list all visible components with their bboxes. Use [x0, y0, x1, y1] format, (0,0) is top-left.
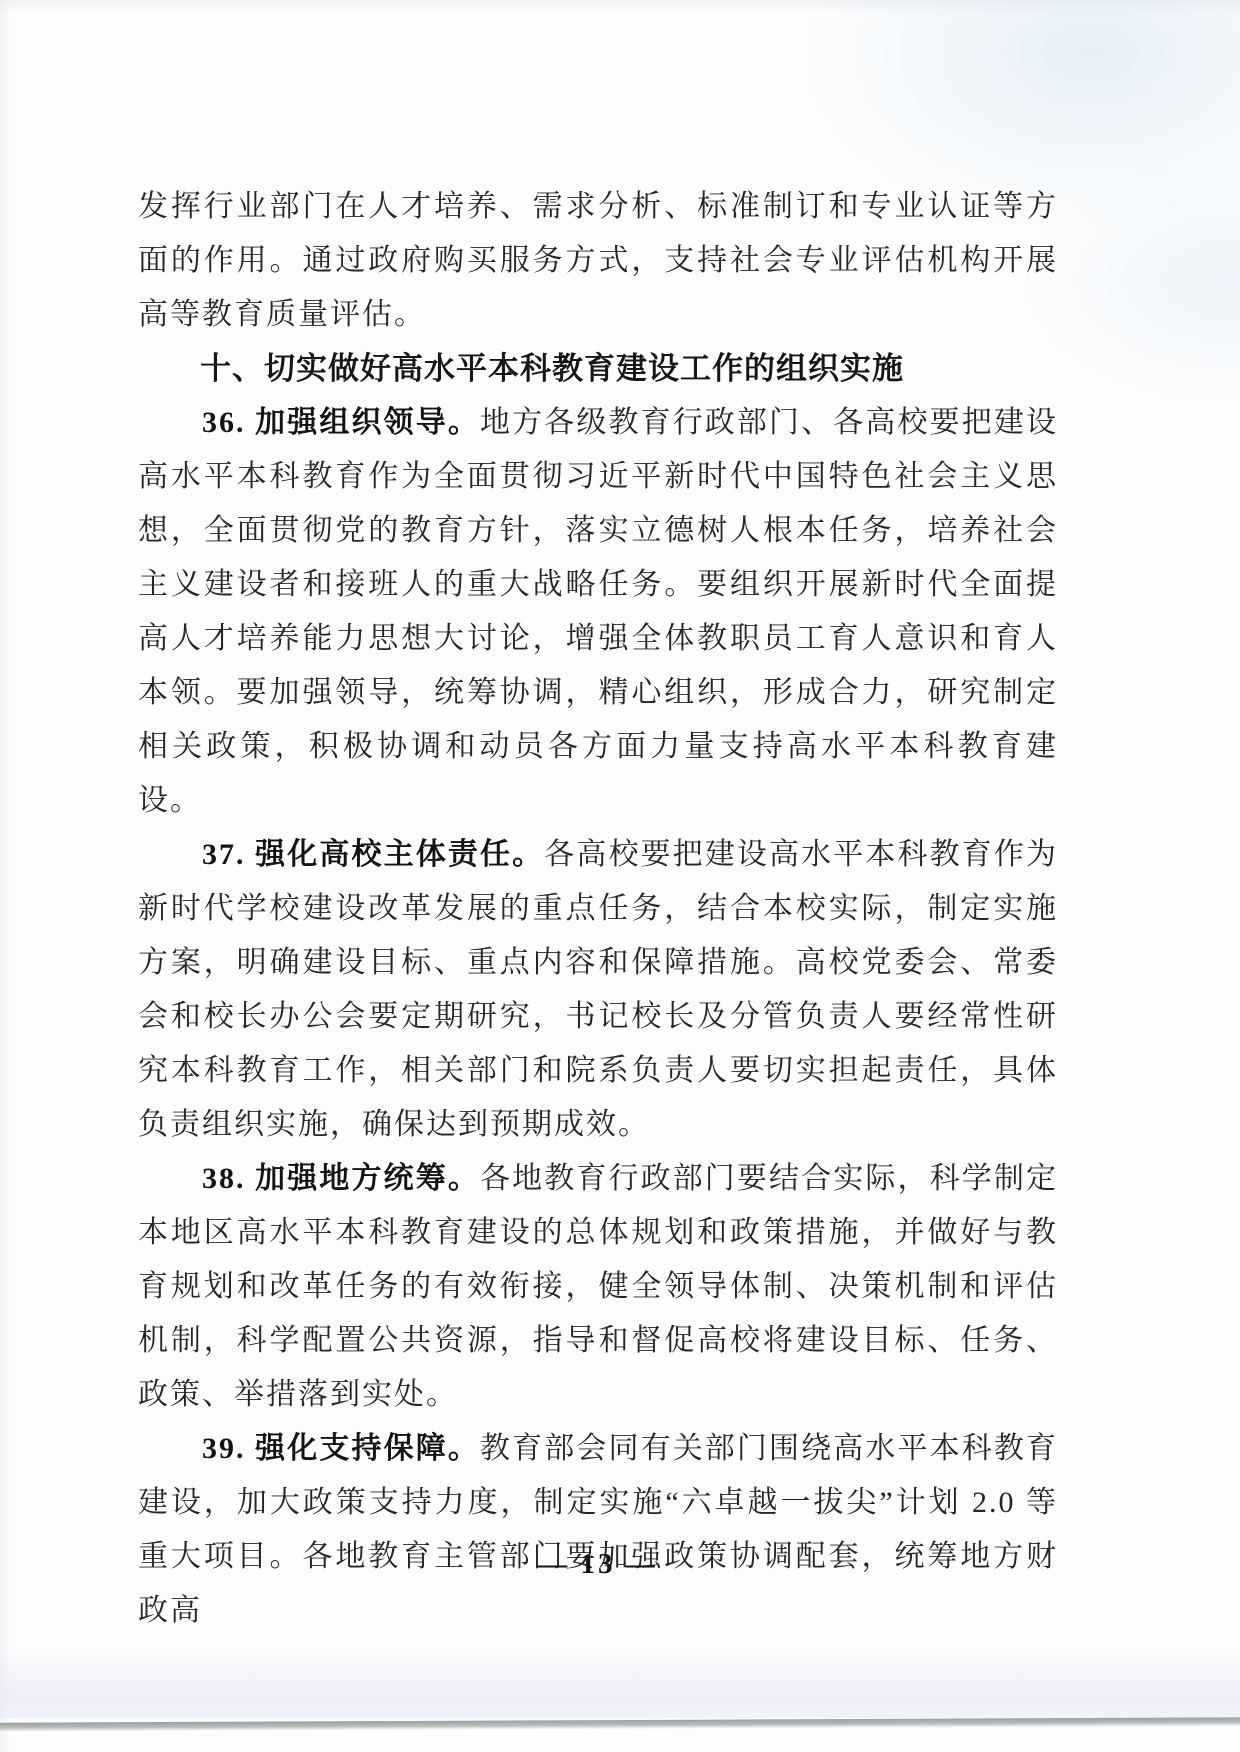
paragraph-37-lead: 37. 强化高校主体责任。 [202, 838, 544, 871]
paragraph-38: 38. 加强地方统筹。各地教育行政部门要结合实际，科学制定本地区高水平本科教育建… [138, 1152, 1058, 1422]
paragraph-39: 39. 强化支持保障。教育部会同有关部门围绕高水平本科教育建设，加大政策支持力度… [138, 1422, 1058, 1638]
paragraph-38-lead: 38. 加强地方统筹。 [202, 1162, 480, 1195]
page-number: — 13 — [138, 1548, 1058, 1581]
paragraph-36: 36. 加强组织领导。地方各级教育行政部门、各高校要把建设高水平本科教育作为全面… [138, 396, 1058, 828]
paragraph-36-lead: 36. 加强组织领导。 [202, 406, 480, 439]
scan-bottom-wash [0, 1648, 1240, 1718]
paragraph-37-body: 各高校要把建设高水平本科教育作为新时代学校建设改革发展的重点任务，结合本校实际，… [138, 838, 1058, 1141]
paragraph-37: 37. 强化高校主体责任。各高校要把建设高水平本科教育作为新时代学校建设改革发展… [138, 828, 1058, 1152]
document-page: 发挥行业部门在人才培养、需求分析、标准制订和专业认证等方面的作用。通过政府购买服… [0, 0, 1240, 1752]
section-heading: 十、切实做好高水平本科教育建设工作的组织实施 [138, 342, 1058, 396]
paragraph-36-body: 地方各级教育行政部门、各高校要把建设高水平本科教育作为全面贯彻习近平新时代中国特… [138, 406, 1058, 817]
paragraph-continuation: 发挥行业部门在人才培养、需求分析、标准制订和专业认证等方面的作用。通过政府购买服… [138, 180, 1058, 342]
paragraph-39-lead: 39. 强化支持保障。 [202, 1432, 480, 1465]
paragraph-38-body: 各地教育行政部门要结合实际，科学制定本地区高水平本科教育建设的总体规划和政策措施… [138, 1162, 1058, 1411]
scan-bottom-edge [0, 1717, 1240, 1732]
document-content: 发挥行业部门在人才培养、需求分析、标准制订和专业认证等方面的作用。通过政府购买服… [138, 180, 1058, 1638]
